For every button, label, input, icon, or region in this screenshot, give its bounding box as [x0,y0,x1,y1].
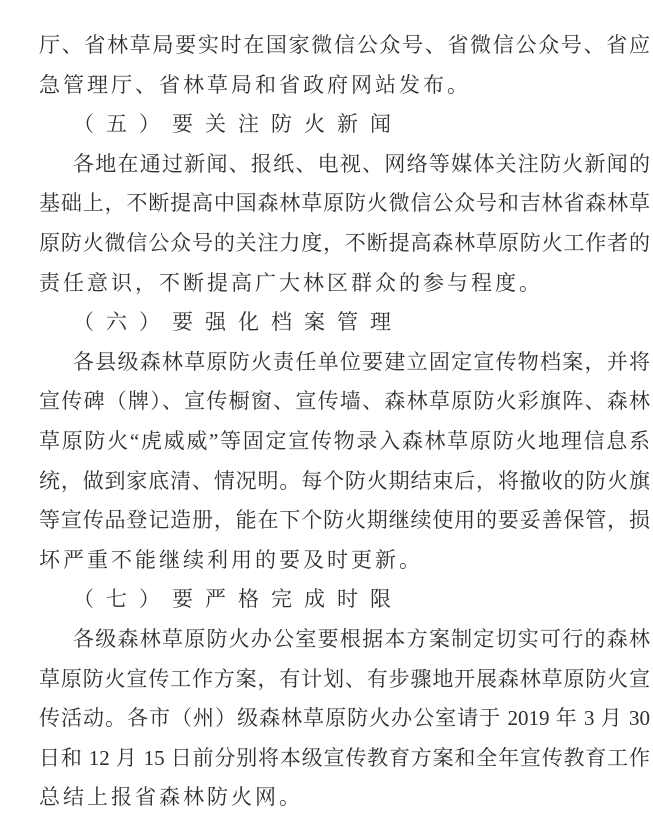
text-line: 等宣传品登记造册，能在下个防火期继续使用的要妥善保管，损 [39,501,650,541]
text-line: 草原防火宣传工作方案，有计划、有步骤地开展森林草原防火宣 [39,660,650,700]
text-line: 宣传碑（牌）、宣传橱窗、宣传墙、森林草原防火彩旗阵、森林 [39,382,650,422]
text-line: 责任意识，不断提高广大林区群众的参与程度。 [39,264,650,304]
section-heading-7: （七）要严格完成时限 [39,580,650,620]
paragraph-first-line: 各县级森林草原防火责任单位要建立固定宣传物档案，并将 [39,343,650,383]
text-line: 总结上报省森林防火网。 [39,778,650,818]
document-page: 厅、省林草局要实时在国家微信公众号、省微信公众号、省应 急管理厅、省林草局和省政… [0,0,653,828]
text-line: 原防火微信公众号的关注力度，不断提高森林草原防火工作者的 [39,224,650,264]
section-heading-6: （六）要强化档案管理 [39,303,650,343]
text-line: 坏严重不能继续利用的要及时更新。 [39,541,650,581]
text-line: 统，做到家底清、情况明。每个防火期结束后，将撤收的防火旗 [39,462,650,502]
text-line: 草原防火“虎威威”等固定宣传物录入森林草原防火地理信息系 [39,422,650,462]
text-line: 基础上，不断提高中国森林草原防火微信公众号和吉林省森林草 [39,184,650,224]
paragraph-first-line: 各级森林草原防火办公室要根据本方案制定切实可行的森林 [39,620,650,660]
text-line: 传活动。各市（州）级森林草原防火办公室请于 2019 年 3 月 30 [39,699,650,739]
text-line: 厅、省林草局要实时在国家微信公众号、省微信公众号、省应 [39,26,650,66]
section-heading-5: （五）要关注防火新闻 [39,105,650,145]
text-line: 急管理厅、省林草局和省政府网站发布。 [39,66,650,106]
paragraph-first-line: 各地在通过新闻、报纸、电视、网络等媒体关注防火新闻的 [39,145,650,185]
text-line: 日和 12 月 15 日前分别将本级宣传教育方案和全年宣传教育工作 [39,739,650,779]
